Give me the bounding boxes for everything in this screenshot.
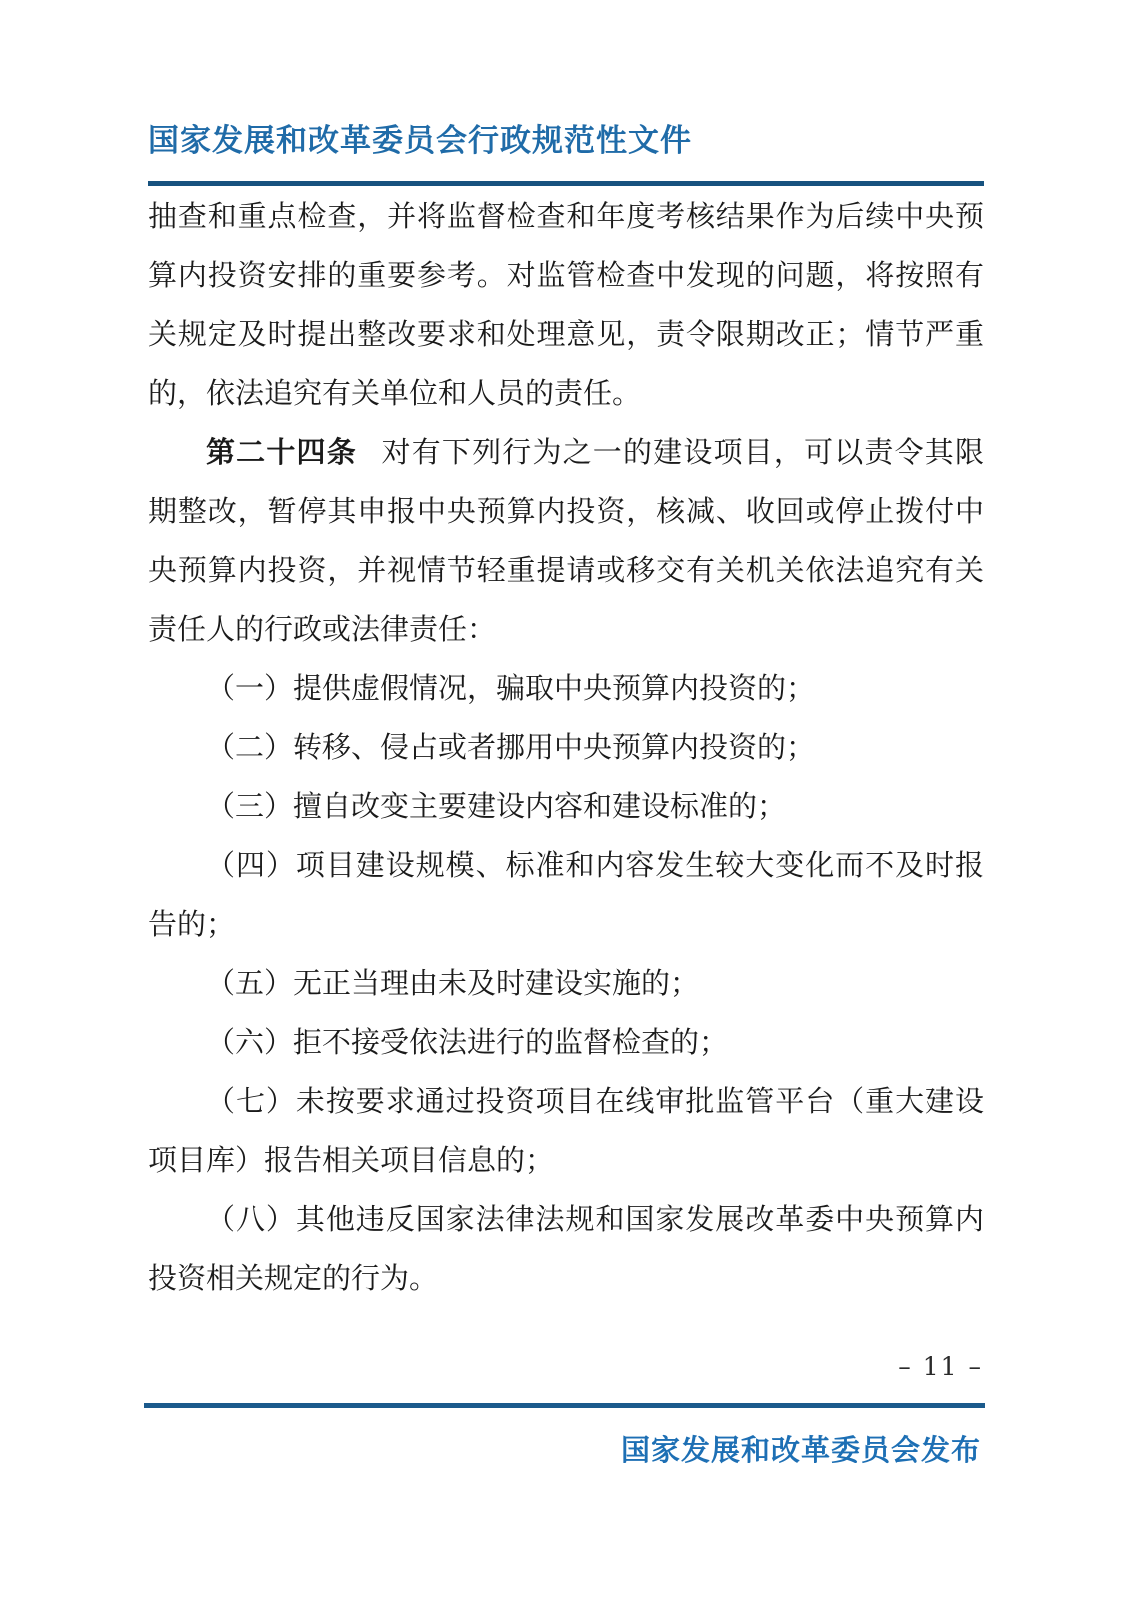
paragraph-article-24: 第二十四条对有下列行为之一的建设项目，可以责令其限期整改，暂停其申报中央预算内投… (148, 424, 984, 660)
list-item-2: （二）转移、侵占或者挪用中央预算内投资的； (148, 719, 984, 778)
list-item-5: （五）无正当理由未及时建设实施的； (148, 955, 984, 1014)
list-item-6: （六）拒不接受依法进行的监督检查的； (148, 1014, 984, 1073)
document-content: 国家发展和改革委员会行政规范性文件 抽查和重点检查，并将监督检查和年度考核结果作… (148, 0, 984, 1309)
list-item-8: （八）其他违反国家法律法规和国家发展改革委中央预算内投资相关规定的行为。 (148, 1191, 984, 1309)
document-type-title: 国家发展和改革委员会行政规范性文件 (148, 121, 984, 161)
page-number: – 11 – (898, 1352, 983, 1381)
list-item-1: （一）提供虚假情况，骗取中央预算内投资的； (148, 660, 984, 719)
header-divider (148, 181, 984, 186)
article-number-label: 第二十四条 (206, 437, 357, 469)
publisher-label: 国家发展和改革委员会发布 (621, 1428, 981, 1469)
document-body: 抽查和重点检查，并将监督检查和年度考核结果作为后续中央预算内投资安排的重要参考。… (148, 188, 984, 1309)
footer-divider (144, 1403, 985, 1408)
list-item-4: （四）项目建设规模、标准和内容发生较大变化而不及时报告的； (148, 837, 984, 955)
document-page: 国家发展和改革委员会行政规范性文件 抽查和重点检查，并将监督检查和年度考核结果作… (0, 0, 1131, 1600)
list-item-7: （七）未按要求通过投资项目在线审批监管平台（重大建设项目库）报告相关项目信息的； (148, 1073, 984, 1191)
paragraph-continuation: 抽查和重点检查，并将监督检查和年度考核结果作为后续中央预算内投资安排的重要参考。… (148, 188, 984, 424)
document-header: 国家发展和改革委员会行政规范性文件 (148, 121, 984, 186)
list-item-3: （三）擅自改变主要建设内容和建设标准的； (148, 778, 984, 837)
